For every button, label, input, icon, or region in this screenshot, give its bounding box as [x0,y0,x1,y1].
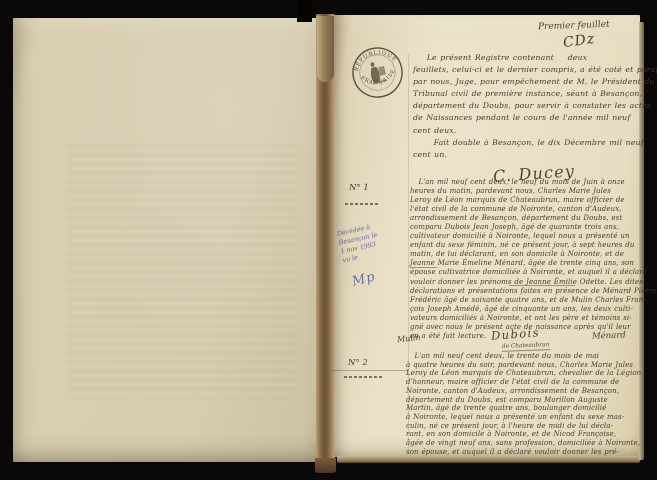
handwritten-line: déclarations et présentations faites en … [410,287,652,296]
handwritten-line: à quatre heures du soir, pardevant nous,… [406,361,648,370]
handwritten-line: Le présent Registre contenant deux [413,52,645,64]
handwritten-line: Leroy de Léon marquis de Chateaubrun, ch… [406,369,648,378]
handwritten-line: Frédéric âgé de soixante quatre ans, et … [410,296,652,305]
handwritten-line: l'état civil de la commune de Noironte, … [410,205,652,214]
handwritten-line: enfant du sexe féminin, né ce présent jo… [410,241,652,250]
handwritten-line: son épouse, et auquel il a déclaré voulo… [406,448,648,457]
handwritten-line: épouse cultivatrice domiciliée à Noiront… [410,268,652,277]
handwritten-line: arrondissement de Besançon, département … [410,214,652,223]
handwritten-line: Tribunal civil de première instance, séa… [413,88,645,100]
given-names-underline [509,285,575,286]
handwritten-line: de Naissances pendant le cours de l'anné… [413,112,645,124]
signature-officer: de Chateaubrun [502,342,550,352]
page-stack-bottom-edge [337,456,640,463]
act-2-number: N° 2 [348,358,368,368]
book-spine-gutter [316,14,335,472]
register-preamble: Le présent Registre contenant deuxfeuill… [413,52,645,161]
handwritten-line: culin, né ce présent jour, à l'heure de … [406,422,648,431]
spine-top-curl [317,16,334,82]
handwritten-line: Jeanne Marie Émeline Ménard, âgée de tre… [410,259,652,268]
act-1-body: L'an mil neuf cent deux, le neuf du mois… [410,178,652,341]
handwritten-line: âgée de vingt neuf ans, sans profession,… [406,439,648,448]
act-2-body: L'an mil neuf cent deux, le trente du mo… [406,352,648,456]
handwritten-line: L'an mil neuf cent deux, le neuf du mois… [410,178,652,187]
handwritten-line: cultivateur domicilié à Noironte, lequel… [410,232,652,241]
handwritten-line: L'an mil neuf cent deux, le trente du mo… [406,352,648,361]
handwritten-line: département du Doubs, pour servir à cons… [413,100,645,112]
handwritten-line: d'honneur, maire officier de l'état civi… [406,378,648,387]
left-page-blank [13,18,317,462]
handwritten-line: Leroy de Léon marquis de Chateaubrun, ma… [410,196,652,205]
handwritten-line: vateurs domiciliés à Noironte, et ont le… [410,314,652,323]
handwritten-line: cent un. [413,149,645,161]
act-2-number-underline [344,376,382,378]
act-1-number-underline [345,203,378,205]
handwritten-line: Noironte, canton d'Audeux, arrondissemen… [406,387,648,396]
handwritten-line: heures du matin, pardevant nous, Charles… [410,187,652,196]
spine-top-notch [297,0,312,22]
handwritten-line: cent deux. [413,125,645,137]
handwritten-line: feuillets, celui-ci et le dernier compri… [413,64,645,76]
handwritten-line: Martin, âgé de trente quatre ans, boulan… [406,404,648,413]
name-underline [410,267,437,268]
act-1-number: N° 1 [349,183,369,193]
handwritten-line: çois Joseph Amédé, âgé de cinquante un a… [410,305,652,314]
handwritten-line: Fait double à Besançon, le dix Décembre … [413,137,645,149]
scanned-register-page: Premier feuillet CDz RÉPUBLIQUE FRANÇAIS… [0,0,657,480]
spine-bottom-tab [315,458,336,473]
handwritten-line: rant, en son domicile à Noironte, et de … [406,430,648,439]
handwritten-line: comparu Dubois Jean Joseph, âgé de quara… [410,223,652,232]
handwritten-line: département du Doubs, est comparu Morill… [406,396,648,405]
handwritten-line: par nous, Juge, pour empêchement de M. l… [413,76,645,88]
handwritten-line: à Noironte, lequel nous a présenté un en… [406,413,648,422]
signature-witness-2: Ménard [592,330,626,341]
ink-bleed-through [68,138,299,398]
act-2-margin-rule [331,370,409,371]
